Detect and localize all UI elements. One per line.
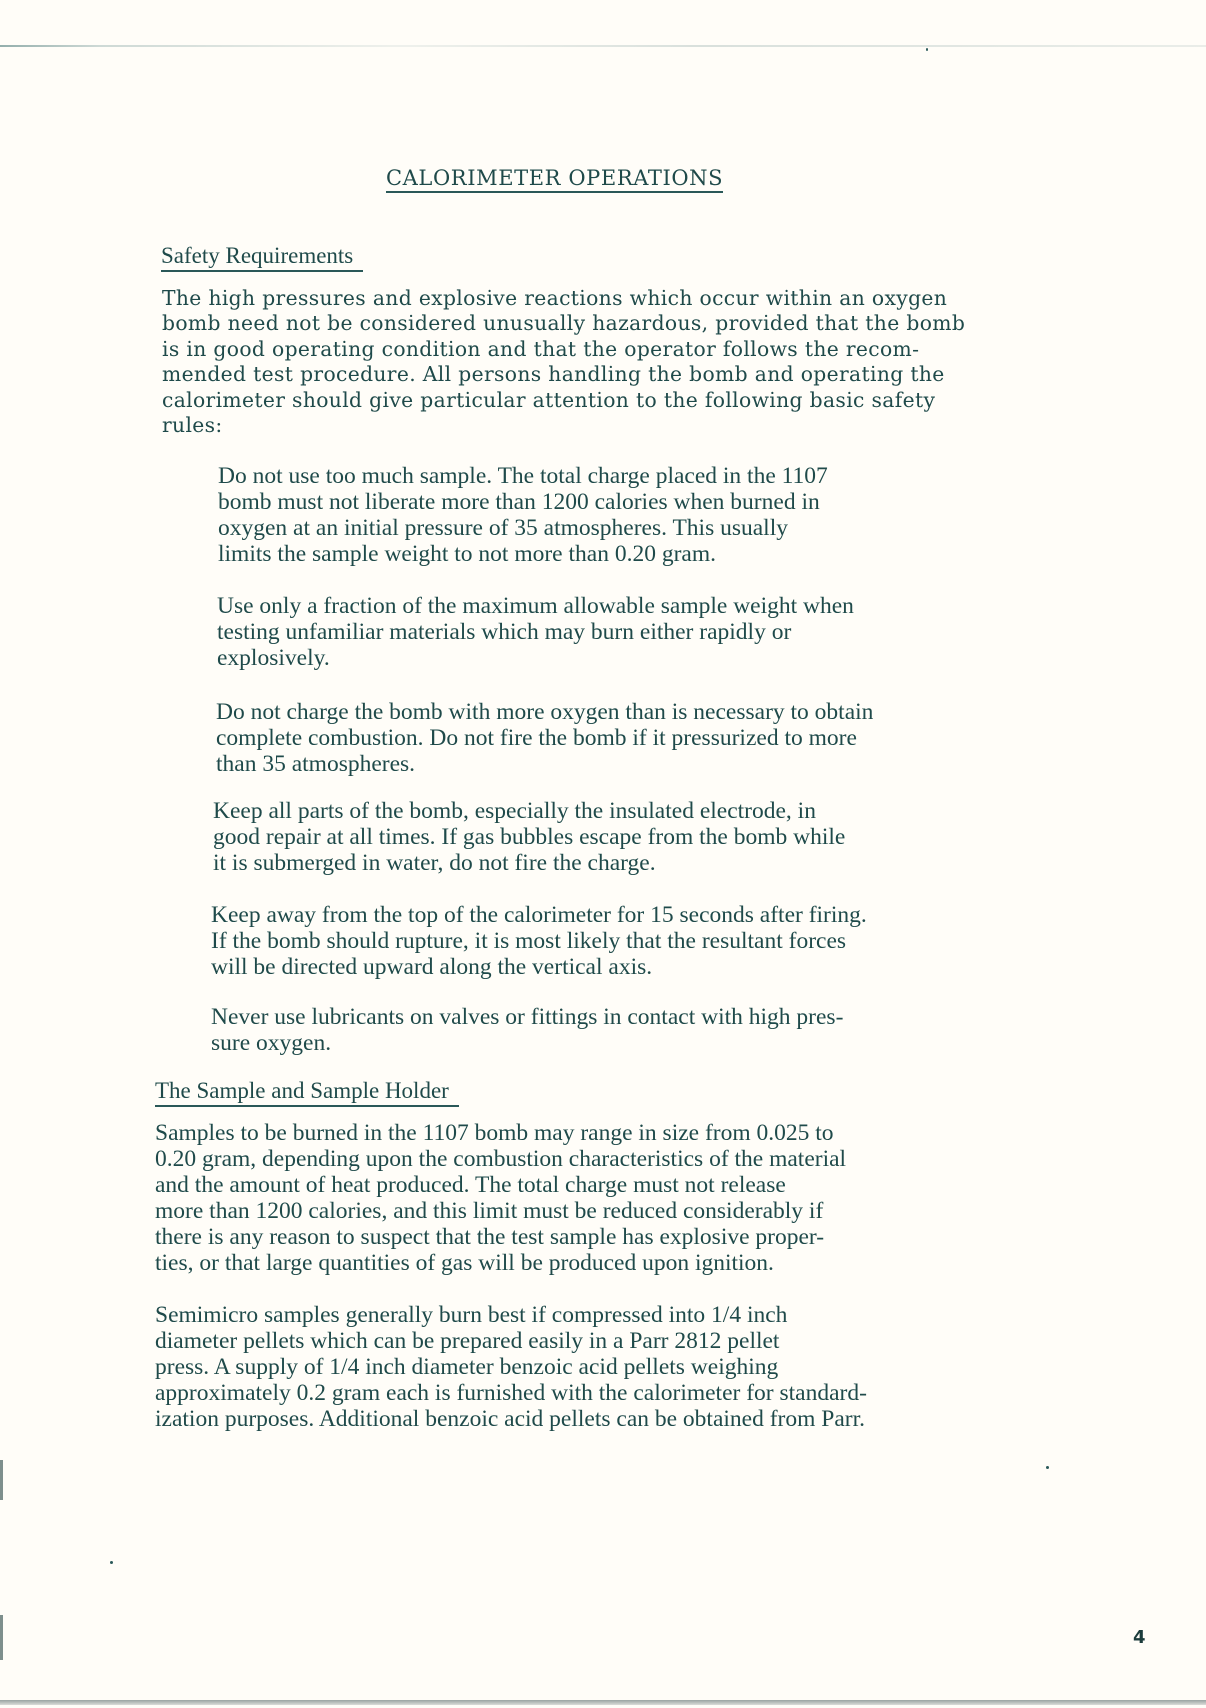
text-line: approximately 0.2 gram each is furnished…: [155, 1380, 867, 1406]
text-line: good repair at all times. If gas bubbles…: [213, 824, 845, 850]
text-line: Do not use too much sample. The total ch…: [218, 463, 828, 489]
text-line: ties, or that large quantities of gas wi…: [155, 1250, 846, 1276]
text-line: testing unfamiliar materials which may b…: [217, 619, 854, 645]
text-line: Do not charge the bomb with more oxygen …: [216, 699, 873, 725]
safety-rule-keep-away: Keep away from the top of the calorimete…: [211, 902, 867, 980]
document-page: CALORIMETER OPERATIONS Safety Requiremen…: [0, 0, 1206, 1708]
text-line: limits the sample weight to not more tha…: [218, 541, 828, 567]
sample-size-paragraph: Samples to be burned in the 1107 bomb ma…: [155, 1120, 846, 1276]
safety-rule-lubricants: Never use lubricants on valves or fittin…: [211, 1004, 843, 1056]
text-line: 0.20 gram, depending upon the combustion…: [155, 1146, 846, 1172]
text-line: ization purposes. Additional benzoic aci…: [155, 1406, 867, 1432]
text-line: will be directed upward along the vertic…: [211, 954, 867, 980]
safety-rule-sample-limit: Do not use too much sample. The total ch…: [218, 463, 828, 567]
text-line: Keep all parts of the bomb, especially t…: [213, 798, 845, 824]
scan-left-edge-mark: [0, 1615, 3, 1660]
text-line: and the amount of heat produced. The tot…: [155, 1172, 846, 1198]
text-line: Samples to be burned in the 1107 bomb ma…: [155, 1120, 846, 1146]
page-number: 4: [1133, 1627, 1146, 1648]
text-line: is in good operating condition and that …: [162, 337, 965, 362]
text-line: press. A supply of 1/4 inch diameter ben…: [155, 1354, 867, 1380]
scan-left-edge-mark: [0, 1460, 3, 1500]
section-heading-sample-holder: The Sample and Sample Holder: [155, 1078, 459, 1107]
text-line: Keep away from the top of the calorimete…: [211, 902, 867, 928]
text-line: oxygen at an initial pressure of 35 atmo…: [218, 515, 828, 541]
text-line: there is any reason to suspect that the …: [155, 1224, 846, 1250]
text-line: complete combustion. Do not fire the bom…: [216, 725, 873, 751]
section-heading-safety: Safety Requirements: [161, 243, 363, 272]
text-line: explosively.: [217, 645, 854, 671]
text-line: bomb must not liberate more than 1200 ca…: [218, 489, 828, 515]
scan-bottom-edge-line: [0, 1700, 1206, 1705]
safety-rule-oxygen-charge: Do not charge the bomb with more oxygen …: [216, 699, 873, 777]
scan-speck: [110, 1561, 113, 1564]
text-line: it is submerged in water, do not fire th…: [213, 850, 845, 876]
text-line: rules:: [162, 413, 965, 438]
text-line: Semimicro samples generally burn best if…: [155, 1302, 867, 1328]
semimicro-pellets-paragraph: Semimicro samples generally burn best if…: [155, 1302, 867, 1432]
text-line: The high pressures and explosive reactio…: [162, 286, 965, 311]
text-line: Use only a fraction of the maximum allow…: [217, 593, 854, 619]
text-line: If the bomb should rupture, it is most l…: [211, 928, 867, 954]
scan-speck: [1046, 1466, 1049, 1469]
text-line: sure oxygen.: [211, 1030, 843, 1056]
safety-intro-paragraph: The high pressures and explosive reactio…: [162, 286, 965, 438]
text-line: mended test procedure. All persons handl…: [162, 362, 965, 387]
text-line: more than 1200 calories, and this limit …: [155, 1198, 846, 1224]
safety-rule-repair: Keep all parts of the bomb, especially t…: [213, 798, 845, 876]
page-title: CALORIMETER OPERATIONS: [386, 166, 723, 193]
text-line: than 35 atmospheres.: [216, 751, 873, 777]
scan-speck: [926, 48, 928, 51]
scan-top-edge-line: [0, 45, 1206, 47]
text-line: Never use lubricants on valves or fittin…: [211, 1004, 843, 1030]
text-line: calorimeter should give particular atten…: [162, 388, 965, 413]
text-line: diameter pellets which can be prepared e…: [155, 1328, 867, 1354]
safety-rule-unfamiliar-materials: Use only a fraction of the maximum allow…: [217, 593, 854, 671]
text-line: bomb need not be considered unusually ha…: [162, 311, 965, 336]
